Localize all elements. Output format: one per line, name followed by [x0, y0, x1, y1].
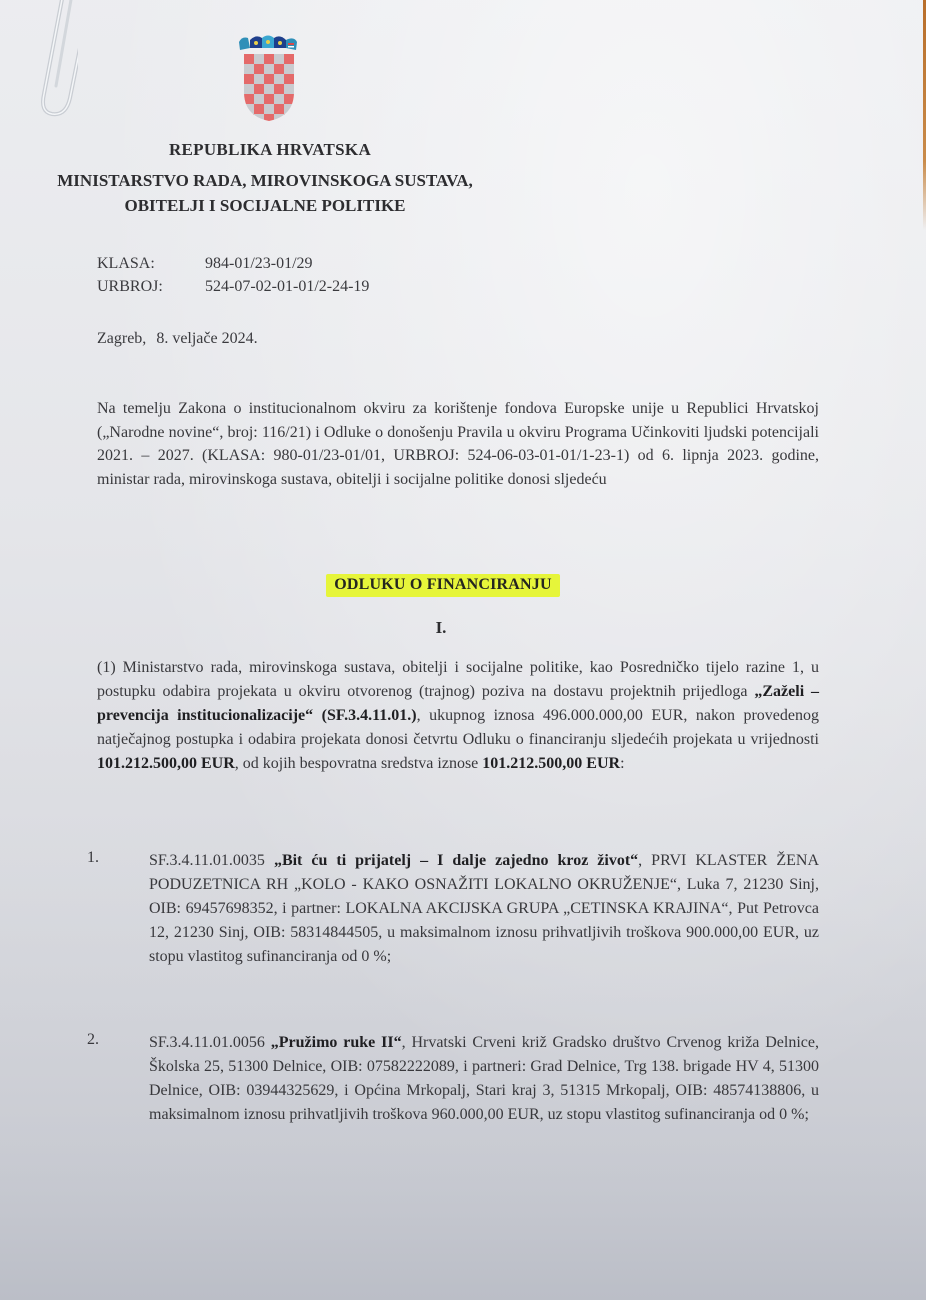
legal-basis-paragraph: Na temelju Zakona o institucionalnom okv… [97, 397, 819, 491]
project-code: SF.3.4.11.01.0056 [149, 1034, 271, 1051]
urbroj-label: URBROJ: [97, 278, 205, 296]
total-amount: 101.212.500,00 EUR [97, 755, 235, 772]
project-text: SF.3.4.11.01.0056 „Pružimo ruke II“, Hrv… [149, 1031, 819, 1127]
klasa-row: KLASA:984-01/23-01/29 [97, 255, 313, 273]
project-name: „Bit ću ti prijatelj – I dalje zajedno k… [274, 852, 638, 869]
project-text: SF.3.4.11.01.0035 „Bit ću ti prijatelj –… [149, 849, 819, 969]
country-heading: REPUBLIKA HRVATSKA [0, 140, 540, 160]
p1-text: , od kojih bespovratna sredstva iznose [235, 755, 483, 772]
p1-text: (1) Ministarstvo rada, mirovinskoga sust… [97, 659, 819, 700]
city: Zagreb, [97, 330, 146, 347]
ministry-line-2: OBITELJI I SOCIJALNE POLITIKE [0, 193, 530, 218]
paper-clip-icon [18, 0, 78, 122]
date: 8. veljače 2024. [156, 330, 257, 347]
decision-title-wrap: ODLUKU O FINANCIRANJU [0, 574, 926, 597]
coat-of-arms-icon [236, 34, 300, 122]
urbroj-row: URBROJ:524-07-02-01-01/2-24-19 [97, 278, 369, 296]
decision-paragraph-1: (1) Ministarstvo rada, mirovinskoga sust… [97, 656, 819, 776]
p1-text: : [620, 755, 624, 772]
project-code: SF.3.4.11.01.0035 [149, 852, 274, 869]
urbroj-value: 524-07-02-01-01/2-24-19 [205, 278, 369, 295]
section-number: I. [0, 618, 904, 638]
grant-amount: 101.212.500,00 EUR [482, 755, 620, 772]
klasa-value: 984-01/23-01/29 [205, 255, 313, 272]
project-name: „Pružimo ruke II“ [271, 1034, 402, 1051]
ministry-heading: MINISTARSTVO RADA, MIROVINSKOGA SUSTAVA,… [0, 168, 530, 218]
ministry-line-1: MINISTARSTVO RADA, MIROVINSKOGA SUSTAVA, [0, 168, 530, 193]
project-number: 2. [87, 1031, 99, 1049]
klasa-label: KLASA: [97, 255, 205, 273]
place-and-date: Zagreb,8. veljače 2024. [97, 330, 258, 348]
project-number: 1. [87, 849, 99, 867]
decision-title: ODLUKU O FINANCIRANJU [326, 574, 560, 597]
